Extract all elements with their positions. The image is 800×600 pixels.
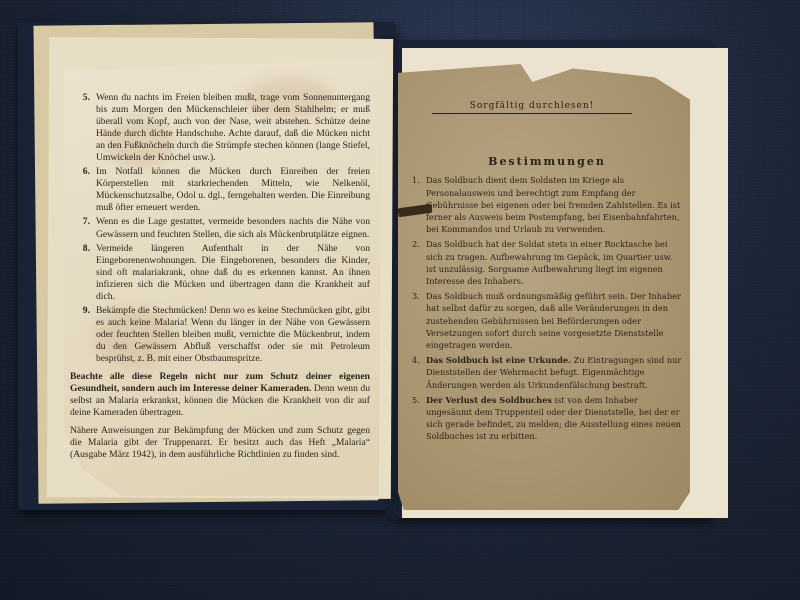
- rule-text: Wenn es die Lage gestattet, vermeide bes…: [96, 216, 370, 240]
- regulations-heading: Bestimmungen: [412, 156, 682, 168]
- regulation-text: Das Soldbuch hat der Soldat stets in ein…: [426, 238, 682, 287]
- regulation-item: 1.Das Soldbuch dient dem Soldaten im Kri…: [412, 174, 682, 235]
- regulation-item: 3.Das Soldbuch muß ordnungsmäßig geführt…: [412, 290, 682, 351]
- regulation-bold-text: Der Verlust des Soldbuches: [426, 395, 552, 405]
- note-paragraph: Nähere Anweisungen zur Bekämpfung der Mü…: [70, 425, 370, 461]
- rule-number: 9.: [70, 305, 96, 365]
- regulation-item: 4.Das Soldbuch ist eine Urkunde. Zu Eint…: [412, 354, 682, 391]
- rule-number: 6.: [70, 166, 96, 214]
- rule-item: 8.Vermeide längeren Aufenthalt in der Nä…: [70, 243, 370, 303]
- regulation-number: 5.: [412, 394, 426, 443]
- regulation-item: 5.Der Verlust des Soldbuches ist von dem…: [412, 394, 682, 443]
- rule-item: 7.Wenn es die Lage gestattet, vermeide b…: [70, 216, 370, 240]
- left-page-text: 5.Wenn du nachts im Freien bleiben mußt,…: [70, 92, 370, 461]
- regulation-item: 2.Das Soldbuch hat der Soldat stets in e…: [412, 238, 682, 287]
- closing-paragraph: Beachte alle diese Regeln nicht nur zum …: [70, 371, 370, 419]
- regulation-number: 4.: [412, 354, 426, 391]
- rule-number: 7.: [70, 216, 96, 240]
- rule-text: Im Notfall können die Mücken durch Einre…: [96, 166, 370, 214]
- regulation-number: 2.: [412, 238, 426, 287]
- read-carefully-heading: Sorgfältig durchlesen!: [432, 100, 632, 114]
- regulation-number: 3.: [412, 290, 426, 351]
- rule-item: 6.Im Notfall können die Mücken durch Ein…: [70, 166, 370, 214]
- rule-item: 5.Wenn du nachts im Freien bleiben mußt,…: [70, 92, 370, 164]
- right-page-text: Sorgfältig durchlesen! Bestimmungen 1.Da…: [412, 100, 682, 446]
- regulation-bold-text: Das Soldbuch ist eine Urkunde.: [426, 355, 571, 365]
- rule-text: Vermeide längeren Aufenthalt in der Nähe…: [96, 243, 370, 303]
- rule-text: Bekämpfe die Stechmücken! Denn wo es kei…: [96, 305, 370, 365]
- rule-item: 9.Bekämpfe die Stechmücken! Denn wo es k…: [70, 305, 370, 365]
- rule-number: 8.: [70, 243, 96, 303]
- regulation-text: Der Verlust des Soldbuches ist von dem I…: [426, 394, 682, 443]
- regulation-text: Das Soldbuch ist eine Urkunde. Zu Eintra…: [426, 354, 682, 391]
- rule-text: Wenn du nachts im Freien bleiben mußt, t…: [96, 92, 370, 164]
- rule-number: 5.: [70, 92, 96, 164]
- regulation-number: 1.: [412, 174, 426, 235]
- regulation-text: Das Soldbuch muß ordnungsmäßig geführt s…: [426, 290, 682, 351]
- regulation-text: Das Soldbuch dient dem Soldaten im Krieg…: [426, 174, 682, 235]
